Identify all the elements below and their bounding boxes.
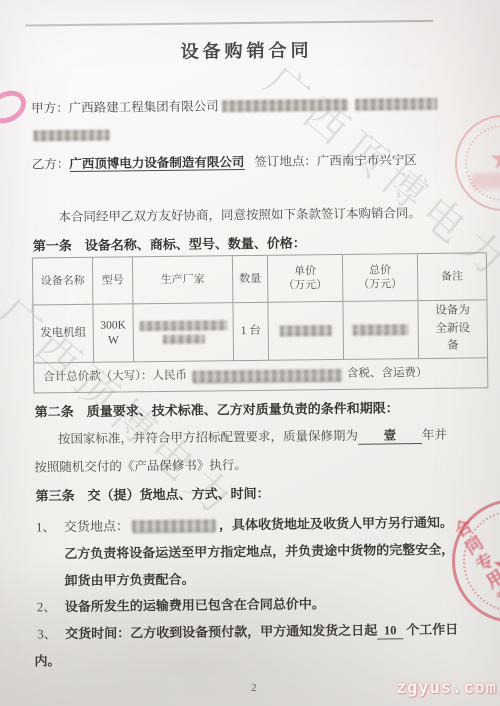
intro-paragraph: 本合同经甲乙双方友好协商，同意按照如下条款签订本购销合同。 <box>58 203 421 225</box>
star-icon: ★ <box>491 548 500 586</box>
clause1-title: 设备名称、商标、型号、数量、价格： <box>85 235 306 253</box>
signing-place-label: 签订地点： <box>254 154 317 169</box>
clause3-item1-line2: 乙方负责将设备运送至甲方指定地点，并负责途中货物的完整安全， <box>64 539 454 562</box>
item2-number: 2、 <box>37 596 65 615</box>
clause3-item1-line3: 卸货由甲方负责配合。 <box>64 569 194 589</box>
clause1-number: 第一条 <box>33 238 72 253</box>
redacted-text <box>162 335 204 344</box>
clause1-heading: 第一条设备名称、商标、型号、数量、价格： <box>33 232 306 254</box>
party-b-line: 乙方：广西顶博电力设备制造有限公司签订地点：广西南宁市兴宁区 <box>32 150 417 172</box>
col-header-manufacturer: 生产厂家 <box>133 256 234 304</box>
cell-quantity: 1 台 <box>233 303 269 361</box>
clause3-item3-line2: 内。 <box>34 650 60 669</box>
clause2-line1: 按国家标准，并符合甲方招标配置要求，质量保修期为壹年并 <box>58 425 447 448</box>
total-prefix: 合计总价款（大写）：人民币 <box>43 369 187 386</box>
party-a-line2 <box>33 126 109 145</box>
clause2-heading: 第二条质量要求、技术标准、乙方对质量负责的条件和期限： <box>35 397 399 420</box>
col-header-total-price: 总价 （万元） <box>343 254 419 302</box>
redacted-text <box>132 519 216 532</box>
redacted-text <box>355 98 437 111</box>
clause3-item3: 3、交货时间：乙方收到设备预付款，甲方通知发货之日起10个工作日 <box>37 619 458 644</box>
delivery-days-value: 10 <box>377 623 403 639</box>
item3-number: 3、 <box>37 623 65 642</box>
party-b-label: 乙方： <box>32 157 70 171</box>
contract-page: 设备购销合同 甲方：广西路建工程集团有限公司 乙方：广西顶博电力设备制造有限公司… <box>0 0 500 706</box>
contract-photo: 广西顶博电力 广西顶博电力 设备购销合同 甲方：广西路建工程集团有限公司 乙方：… <box>0 0 500 706</box>
redacted-text <box>33 130 109 142</box>
star-icon: ★ <box>489 145 500 175</box>
warranty-years-value: 壹 <box>358 425 422 445</box>
cell-device-name: 发电机组 <box>33 305 94 364</box>
redacted-text <box>139 320 227 331</box>
clause3-item2: 2、设备所发生的运输费用已包含在合同总价中。 <box>37 593 325 615</box>
cell-remark: 设备为全新设备 <box>418 300 487 359</box>
header-rule-line <box>25 20 433 26</box>
clause2-number: 第二条 <box>35 404 74 419</box>
party-a-line: 甲方：广西路建工程集团有限公司 <box>31 94 437 117</box>
col-header-quantity: 数量 <box>233 256 269 303</box>
col-header-model: 型号 <box>93 257 134 304</box>
cell-model: 300KW <box>93 304 134 362</box>
clause3-heading: 第三条交（提）货地点、方式、时间： <box>35 483 269 505</box>
col-header-unit-price: 单价 （万元） <box>268 255 344 303</box>
page-title: 设备购销合同 <box>0 34 497 66</box>
total-suffix: 含税、含运费） <box>347 366 428 382</box>
redacted-text <box>353 324 409 336</box>
clause3-number: 第三条 <box>36 488 75 503</box>
party-a-name: 广西路建工程集团有限公司 <box>69 99 219 115</box>
cell-unit-price <box>268 302 344 361</box>
party-a-label: 甲方： <box>31 101 69 115</box>
signing-place-value: 广西南宁市兴宁区 <box>317 153 417 168</box>
table-total-row: 合计总价款（大写）：人民币 含税、含运费） <box>34 358 487 392</box>
site-watermark: zgyus.com <box>396 678 497 698</box>
clause3-title: 交（提）货地点、方式、时间： <box>88 486 270 503</box>
seal-smudge <box>471 173 500 189</box>
cell-total-price <box>343 301 419 360</box>
clause2-title: 质量要求、技术标准、乙方对质量负责的条件和期限： <box>87 400 399 419</box>
col-header-device-name: 设备名称 <box>33 258 94 306</box>
equipment-table: 设备名称 型号 生产厂家 数量 单价 （万元） 总价 （万元） 备注 发电机组 … <box>32 252 489 393</box>
clause3-item1: 1、交货地点：，具体收货地址及收货人甲方另行通知。 <box>36 512 453 536</box>
redacted-text <box>280 325 332 337</box>
redacted-text <box>222 99 348 112</box>
clause2-line2: 按照随机交付的《产品保修书》执行。 <box>34 455 247 475</box>
cell-manufacturer <box>133 303 234 362</box>
party-b-name: 广西顶博电力设备制造有限公司 <box>69 155 244 172</box>
col-header-remark: 备注 <box>418 253 487 301</box>
redacted-text <box>192 368 342 382</box>
item1-number: 1、 <box>36 516 64 535</box>
